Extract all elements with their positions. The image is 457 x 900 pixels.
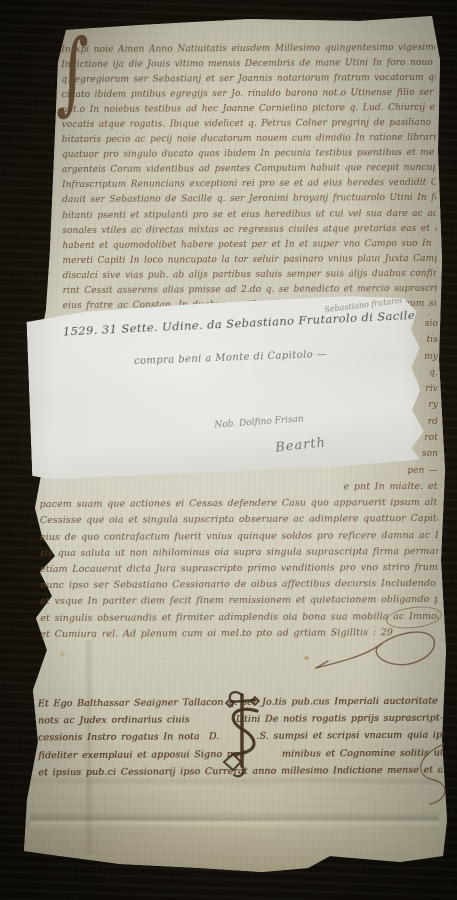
photo-background: ∫ In xpi noie Amen Anno Natiuitatis eius…	[0, 0, 457, 900]
flourish-swash	[312, 622, 444, 680]
manuscript-block-2: e pnt In mialte. et pacem suam que actio…	[40, 479, 439, 643]
manuscript-block-1: In xpi noie Amen Anno Natiuitatis eiusde…	[61, 41, 437, 314]
notarial-sign	[216, 688, 268, 783]
ink-stain	[60, 652, 65, 656]
manuscript-line-fragment: pen —	[352, 463, 438, 479]
ink-stain	[304, 656, 309, 660]
slip-signature-line: Nob. Dolfino Frisan	[214, 414, 304, 430]
slip-signature-flourish: Bearth	[275, 435, 327, 455]
slip-date-line: 1529. 31 Sette. Udine. da Sebastiano Fru…	[63, 308, 416, 339]
flourish-swash	[406, 742, 452, 808]
slip-subject-line: compra beni a Monte di Capitolo —	[134, 349, 327, 367]
archivist-slip: Sebastiano frutarol 1529. 31 Sette. Udin…	[26, 293, 430, 479]
